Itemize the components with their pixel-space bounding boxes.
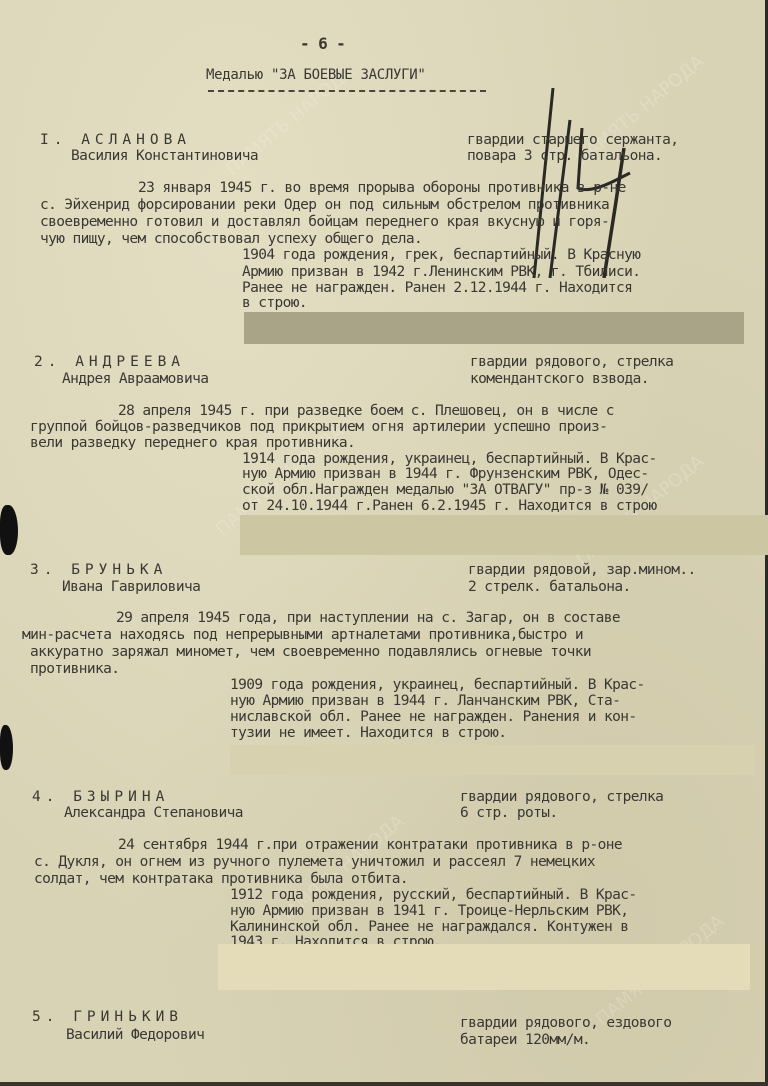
entry-1-bio: Ранее не награжден. Ранен 2.12.1944 г. Н… [242, 281, 632, 296]
page-title: Медалью "ЗА БОЕВЫЕ ЗАСЛУГИ" [206, 68, 425, 83]
entry-4-bio: Калининской обл. Ранее не награждался. К… [230, 920, 628, 935]
entry-5-given-names: Василий Федорович [66, 1028, 204, 1043]
redacted-block [230, 745, 755, 775]
punch-hole [0, 725, 13, 770]
entry-1-bio: в строю. [242, 296, 307, 311]
entry-2-narrative: 28 апреля 1945 г. при разведке боем с. П… [118, 404, 614, 419]
entry-4-narrative: 24 сентября 1944 г.при отражении контрат… [118, 838, 622, 853]
entry-4-bio: ную Армию призван в 1941 г. Троице-Нерль… [230, 904, 628, 919]
entry-4-bio: 1912 года рождения, русский, беспартийны… [230, 888, 637, 903]
entry-3-bio: тузии не имеет. Находится в строю. [230, 726, 506, 741]
entry-4-surname: 4. БЗЫРИНА [32, 790, 169, 805]
entry-2-narrative: группой бойцов-разведчиков под прикрытие… [30, 420, 607, 435]
entry-2-bio: ную Армию призван в 1944 г. Фрунзенским … [242, 467, 649, 482]
page-edge [0, 1082, 768, 1086]
entry-4-given-names: Александра Степановича [64, 806, 243, 821]
entry-1-narrative: своевременно готовил и доставлял бойцам … [40, 215, 609, 230]
entry-3-rank: гвардии рядовой, зар.мином.. [468, 563, 696, 578]
entry-3-given-names: Ивана Гавриловича [62, 580, 200, 595]
entry-2-narrative: вели разведку переднего края противника. [30, 436, 355, 451]
entry-1-narrative: с. Эйхенрид форсировании реки Одер он по… [40, 198, 609, 213]
redacted-block [218, 944, 750, 990]
entry-1-bio: 1904 года рождения, грек, беспартийный. … [242, 248, 640, 263]
entry-5-surname: 5. ГРИНЬКИВ [32, 1010, 183, 1025]
entry-1-narrative: 23 января 1945 г. во время прорыва оборо… [138, 181, 626, 196]
entry-1-unit: повара 3 стр. батальона. [467, 149, 662, 164]
entry-2-rank: гвардии рядового, стрелка [470, 355, 673, 370]
entry-3-narrative: 29 апреля 1945 года, при наступлении на … [116, 611, 620, 626]
entry-4-unit: 6 стр. роты. [460, 806, 558, 821]
entry-2-bio: от 24.10.1944 г.Ранен 6.2.1945 г. Находи… [242, 499, 657, 514]
entry-3-narrative: мин-расчета находясь под непрерывными ар… [22, 628, 583, 643]
entry-4-narrative: с. Дукля, он огнем из ручного пулемета у… [34, 855, 595, 870]
entry-2-given-names: Андрея Авраамовича [62, 372, 208, 387]
entry-2-surname: 2. АНДРЕЕВА [34, 355, 185, 370]
entry-3-narrative: противника. [30, 662, 119, 677]
entry-1-surname: I. АСЛАНОВА [40, 133, 191, 148]
entry-3-bio: 1909 года рождения, украинец, беспартийн… [230, 678, 645, 693]
entry-3-surname: 3. БРУНЬКА [30, 563, 167, 578]
page-number: - 6 - [300, 36, 345, 51]
entry-1-narrative: чую пищу, чем способствовал успеху общег… [40, 232, 422, 247]
title-underline [208, 90, 486, 92]
entry-2-bio: 1914 года рождения, украинец, беспартийн… [242, 452, 657, 467]
entry-2-bio: ской обл.Награжден медалью "ЗА ОТВАГУ" п… [242, 483, 649, 498]
entry-3-narrative: аккуратно заряжал миномет, чем своевреме… [30, 645, 591, 660]
entry-4-narrative: солдат, чем контратака противника была о… [34, 872, 408, 887]
redacted-block [244, 312, 744, 344]
redacted-block [240, 515, 768, 555]
entry-2-unit: комендантского взвода. [470, 372, 649, 387]
entry-5-unit: батареи 120мм/м. [460, 1033, 590, 1048]
entry-1-bio: Армию призван в 1942 г.Ленинским РВК, г.… [242, 265, 640, 280]
entry-5-rank: гвардии рядового, ездового [460, 1016, 671, 1031]
entry-1-rank: гвардии старшего сержанта, [467, 133, 678, 148]
entry-3-unit: 2 стрелк. батальона. [468, 580, 631, 595]
punch-hole [0, 505, 18, 555]
entry-3-bio: ную Армию призван в 1944 г. Ланчанским Р… [230, 694, 620, 709]
entry-1-given-names: Василия Константиновича [71, 149, 258, 164]
entry-3-bio: ниславской обл. Ранее не награжден. Ране… [230, 710, 637, 725]
entry-4-rank: гвардии рядового, стрелка [460, 790, 663, 805]
